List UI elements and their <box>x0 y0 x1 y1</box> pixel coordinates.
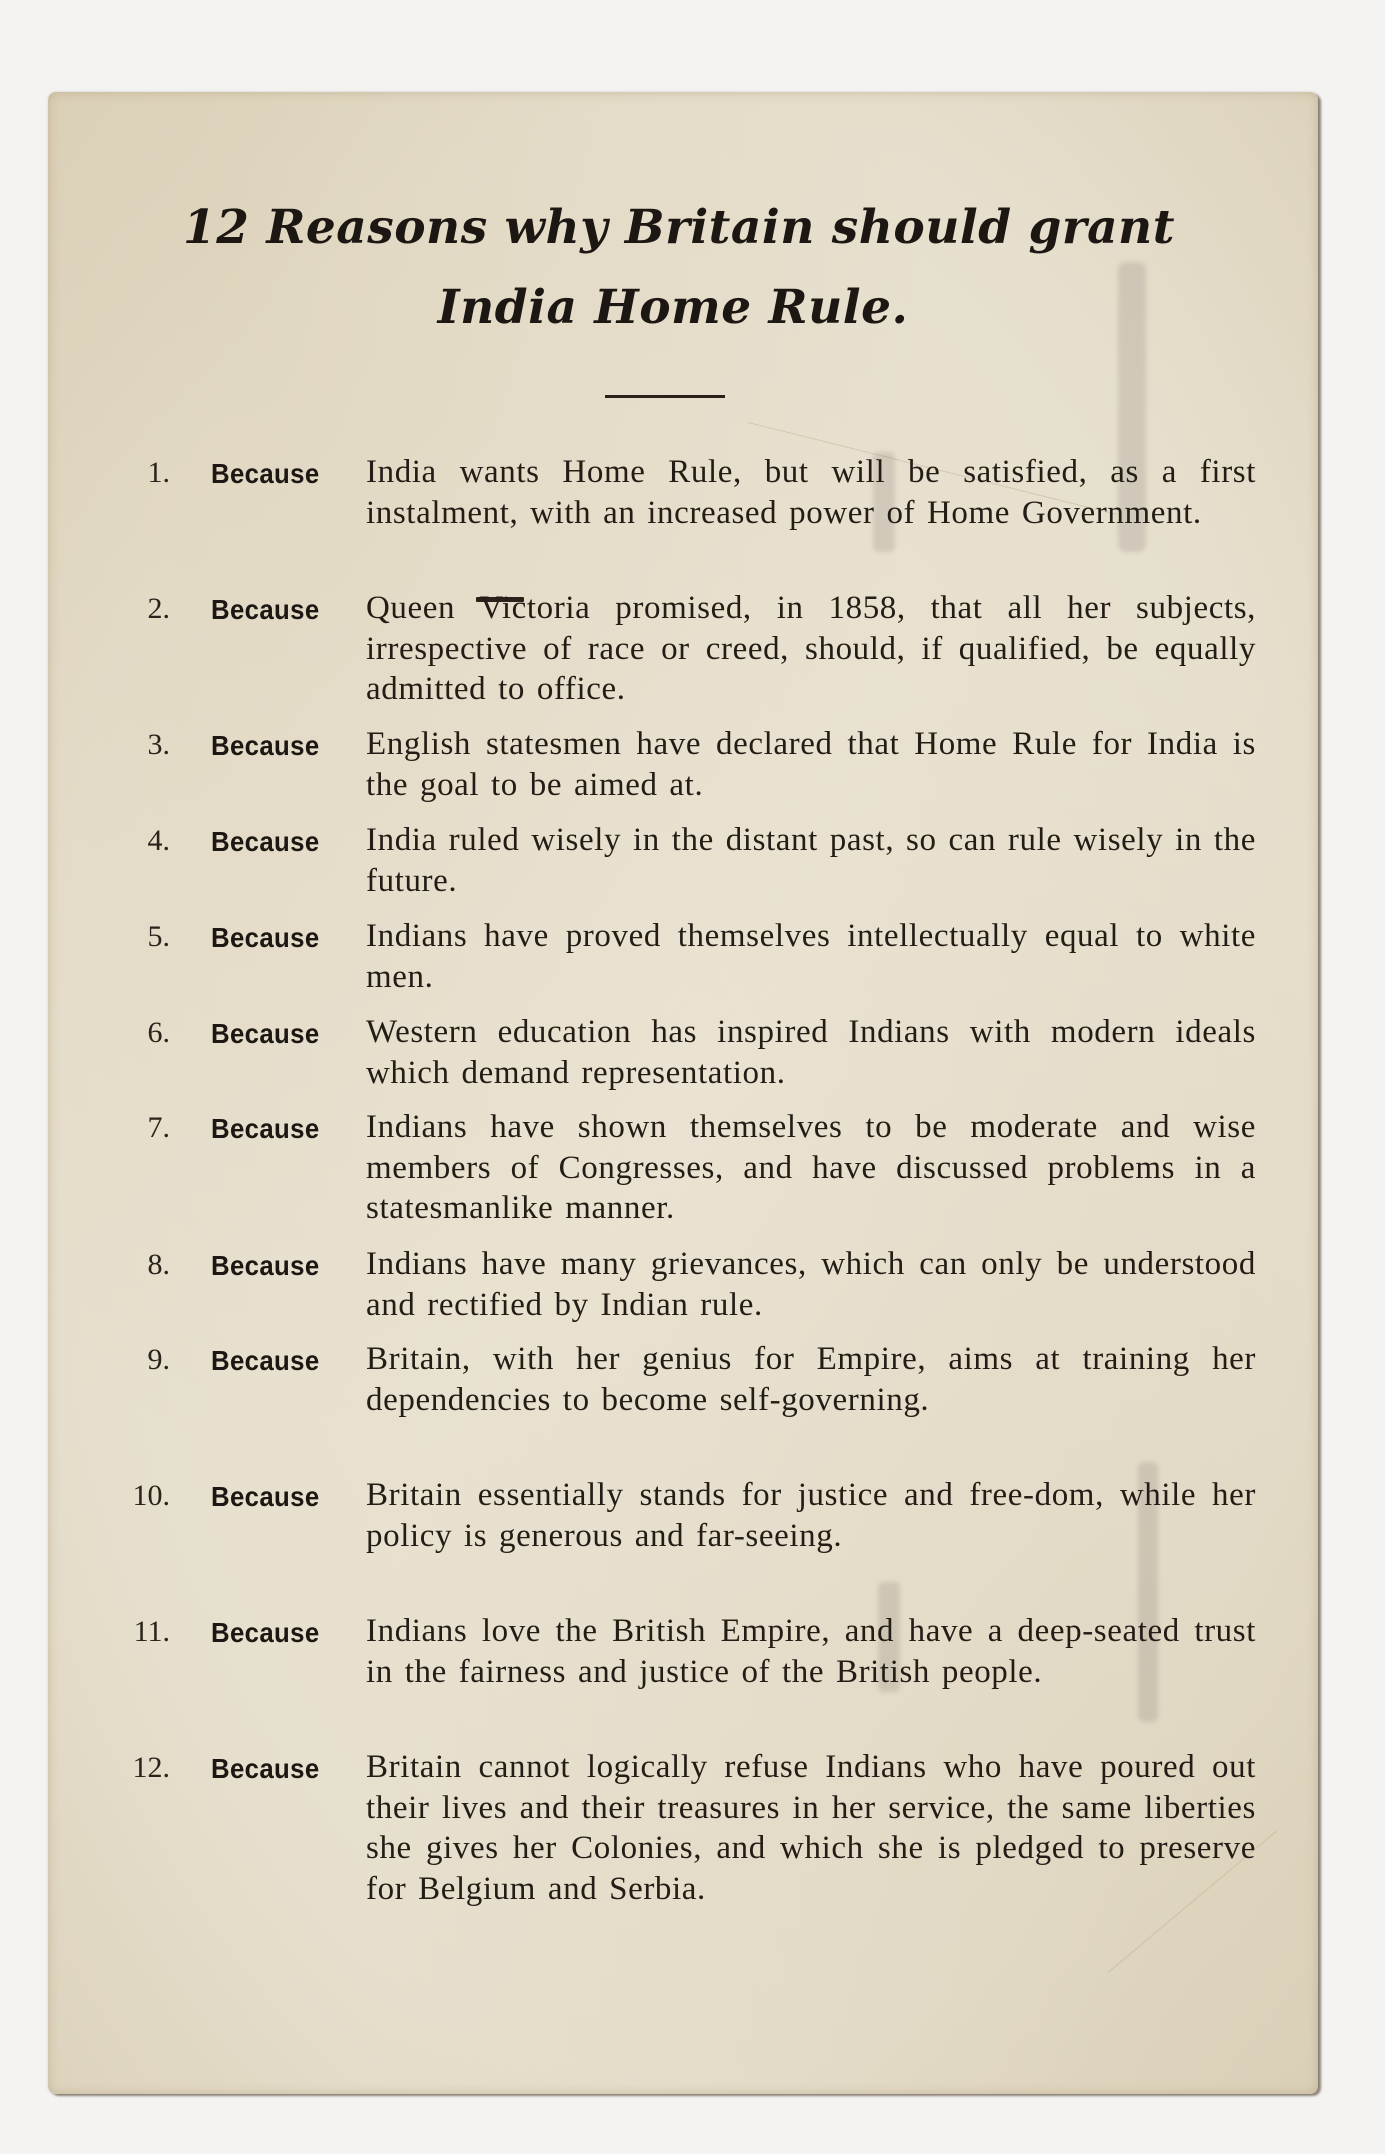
reason-text: Britain cannot logically refuse Indians … <box>366 1747 1256 1909</box>
reason-number: 11. <box>108 1615 170 1649</box>
reason-number: 6. <box>108 1016 170 1050</box>
reason-number: 7. <box>108 1111 170 1145</box>
reason-label: Because <box>211 1345 320 1377</box>
reason-label: Because <box>211 826 320 858</box>
reason-label: Because <box>211 458 320 490</box>
reason-text: India wants Home Rule, but will be satis… <box>366 452 1256 533</box>
reason-label: Because <box>211 1113 320 1145</box>
reason-text: Indians have shown themselves to be mode… <box>366 1107 1256 1229</box>
reason-label: Because <box>211 1481 320 1513</box>
reason-text: Indians love the British Empire, and hav… <box>366 1611 1256 1692</box>
postcard: 12 Reasons why Britain should grant Indi… <box>48 92 1318 2094</box>
reason-label: Because <box>211 1250 320 1282</box>
title-divider <box>605 395 725 398</box>
reason-label: Because <box>211 1617 320 1649</box>
reason-label: Because <box>211 1753 320 1785</box>
reason-label: Because <box>211 730 320 762</box>
reason-number: 2. <box>108 592 170 626</box>
reason-number: 3. <box>108 728 170 762</box>
reason-text: Britain, with her genius for Empire, aim… <box>366 1339 1256 1420</box>
reason-number: 5. <box>108 920 170 954</box>
reason-label: Because <box>211 594 320 626</box>
reason-number: 10. <box>108 1479 170 1513</box>
reason-text: Britain essentially stands for justice a… <box>366 1475 1256 1556</box>
reason-text: Indians have many grievances, which can … <box>366 1244 1256 1325</box>
reason-number: 1. <box>108 456 170 490</box>
reason-number: 9. <box>108 1343 170 1377</box>
reason-label: Because <box>211 922 320 954</box>
reason-text: Indians have proved themselves intellect… <box>366 916 1256 997</box>
card-title-line-1: 12 Reasons why Britain should grant <box>44 200 1314 255</box>
reason-text: English statesmen have declared that Hom… <box>366 724 1256 805</box>
reason-number: 4. <box>108 824 170 858</box>
reason-text: Western education has inspired Indians w… <box>366 1012 1256 1093</box>
reason-number: 8. <box>108 1248 170 1282</box>
reason-label: Because <box>211 1018 320 1050</box>
reason-text: India ruled wisely in the distant past, … <box>366 820 1256 901</box>
reason-number: 12. <box>108 1751 170 1785</box>
reason-text: Queen Victoria promised, in 1858, that a… <box>366 588 1256 710</box>
